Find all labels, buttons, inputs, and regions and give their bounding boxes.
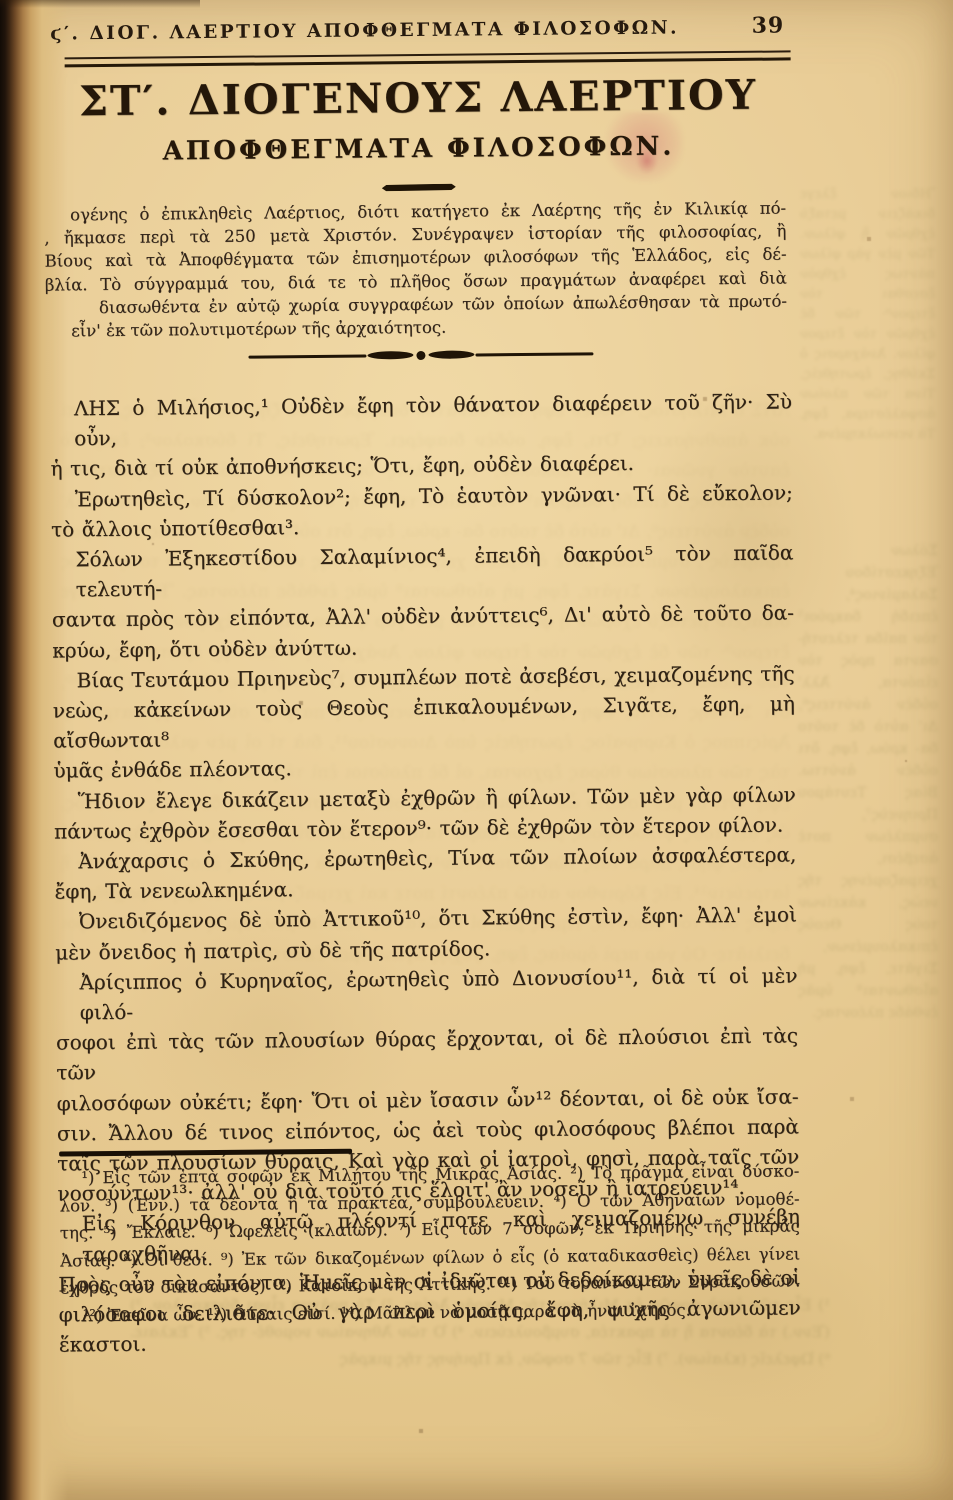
running-head-text: ϛ′. ΔΙΟΓ. ΛΑΕΡΤΙΟΥ ΑΠΟΦΘΕΓΜΑΤΑ ΦΙΛΟΣΟΦΩΝ…	[50, 17, 752, 45]
running-head: ϛ′. ΔΙΟΓ. ΛΑΕΡΤΙΟΥ ΑΠΟΦΘΕΓΜΑΤΑ ΦΙΛΟΣΟΦΩΝ…	[50, 12, 788, 45]
book-page-scan: Ἥδιον ἔλεγε δικάζειν μεταξὺ ἐχθρῶν ἢ φίλ…	[0, 0, 953, 1500]
section-label: ϛ′.	[50, 23, 89, 44]
ornament-bar-wrap	[48, 180, 790, 194]
ornament-rule-right	[475, 352, 593, 356]
body-line: Σόλων Ἐξηκεστίδου Σαλαμίνιος⁴, ἐπειδὴ δα…	[51, 537, 794, 605]
body-line: νεὼς, κἀκείνων τοὺς Θεοὺς ἐπικαλουμένων,…	[53, 688, 796, 756]
body-line: Ἀρίςιππος ὁ Κυρηναῖος, ἐρωτηθεὶς ὑπὸ Διο…	[55, 960, 798, 1028]
ornament-lens-left	[367, 351, 413, 359]
body-line: ΛΗΣ ὁ Μιλήσιος,¹ Οὐδὲν ἔφη τὸν θάνατον δ…	[50, 386, 793, 454]
running-head-title: ΔΙΟΓ. ΛΑΕΡΤΙΟΥ ΑΠΟΦΘΕΓΜΑΤΑ ΦΙΛΟΣΟΦΩΝ.	[89, 17, 679, 44]
ornament-rule-left	[248, 354, 366, 358]
printed-content: ϛ′. ΔΙΟΓ. ΛΑΕΡΤΙΟΥ ΑΠΟΦΘΕΓΜΑΤΑ ΦΙΛΟΣΟΦΩΝ…	[0, 0, 953, 1500]
ornament-bar	[382, 184, 456, 192]
page-number: 39	[752, 12, 789, 38]
ornament-knot	[416, 350, 425, 359]
body-line: σοφοι ἐπὶ τὰς τῶν πλουσίων θύρας ἔρχοντα…	[56, 1021, 799, 1089]
introduction-block: ογένης ὁ ἐπικληθεὶς Λαέρτιος, διότι κατή…	[44, 196, 787, 342]
header-double-rule	[65, 50, 791, 67]
ornament-swelled-rule	[49, 342, 791, 367]
footnotes-block: ¹) Εἷς τῶν ἑπτὰ σοφῶν ἐκ Μιλήτου τῆς Μικ…	[59, 1157, 801, 1330]
chapter-title: ΣΤ′. ΔΙΟΓΕΝΟΥΣ ΛΑΕΡΤΙΟΥ	[47, 70, 789, 125]
chapter-subtitle: ΑΠΟΦΘΕΓΜΑΤΑ ΦΙΛΟΣΟΦΩΝ.	[47, 130, 789, 167]
ornament-lens-right	[428, 350, 474, 358]
